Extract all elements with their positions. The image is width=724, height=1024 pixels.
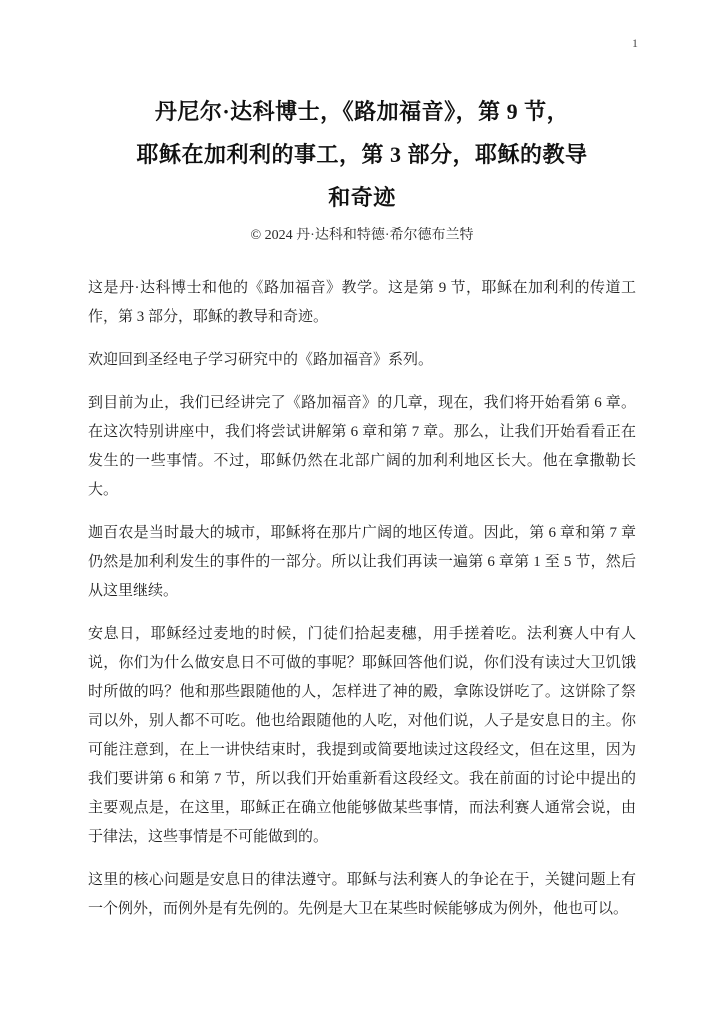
title-line-1: 丹尼尔·达科博士，《路加福音》，第 9 节， — [88, 90, 636, 133]
title-line-3: 和奇迹 — [88, 176, 636, 219]
paragraph-capernaum: 迦百农是当时最大的城市，耶稣将在那片广阔的地区传道。因此，第 6 章和第 7 章… — [88, 519, 636, 606]
document-title: 丹尼尔·达科博士，《路加福音》，第 9 节， 耶稣在加利利的事工，第 3 部分，… — [88, 90, 636, 219]
document-page: 1 丹尼尔·达科博士，《路加福音》，第 9 节， 耶稣在加利利的事工，第 3 部… — [0, 0, 724, 1024]
paragraph-overview: 到目前为止，我们已经讲完了《路加福音》的几章，现在，我们将开始看第 6 章。在这… — [88, 389, 636, 505]
copyright-line: © 2024 丹·达科和特德·希尔德布兰特 — [88, 226, 636, 246]
paragraph-sabbath-passage: 安息日，耶稣经过麦地的时候，门徒们拾起麦穗，用手搓着吃。法利赛人中有人说，你们为… — [88, 620, 636, 852]
paragraph-intro: 这是丹·达科博士和他的《路加福音》教学。这是第 9 节，耶稣在加利利的传道工作，… — [88, 274, 636, 332]
page-content: 丹尼尔·达科博士，《路加福音》，第 9 节， 耶稣在加利利的事工，第 3 部分，… — [0, 0, 724, 924]
title-line-2: 耶稣在加利利的事工，第 3 部分，耶稣的教导 — [88, 133, 636, 176]
page-number: 1 — [632, 36, 638, 51]
paragraph-welcome: 欢迎回到圣经电子学习研究中的《路加福音》系列。 — [88, 346, 636, 375]
document-body: 这是丹·达科博士和他的《路加福音》教学。这是第 9 节，耶稣在加利利的传道工作，… — [88, 274, 636, 924]
paragraph-core-issue: 这里的核心问题是安息日的律法遵守。耶稣与法利赛人的争论在于，关键问题上有一个例外… — [88, 866, 636, 924]
